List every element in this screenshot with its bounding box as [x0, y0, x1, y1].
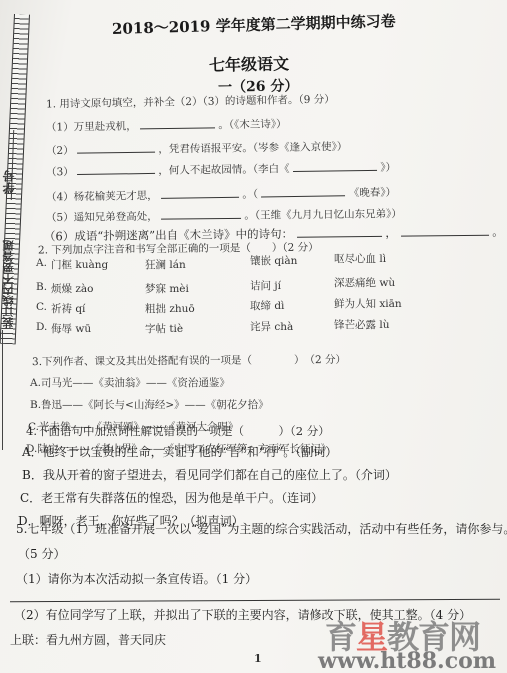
- q3-option-a[interactable]: A.司马光——《卖油翁》——《资治通鉴》: [30, 375, 230, 390]
- q1-item-5-source: 。（王维《九月九日忆山东兄弟》）: [244, 208, 402, 222]
- q4-stem-text: 4.下面语句中加点词性解说错误的一项是（ ）（2 分）: [26, 423, 330, 439]
- q2-c-cell-1: 祈祷 qí: [51, 301, 85, 316]
- q1-item-6-comma: ，: [385, 226, 397, 240]
- q2-option-c-label: C.: [36, 301, 47, 313]
- page-divider: [10, 599, 500, 603]
- exam-title: 2018～2019 学年度第二学期期中练习卷: [112, 10, 396, 39]
- q2-b-cell-3: 诘问 jí: [250, 278, 281, 293]
- q1-item-4-close: 《晚春》）: [349, 187, 396, 200]
- q2-c-cell-4: 鲜为人知 xiān: [334, 296, 402, 311]
- q1-item-6-blank-2[interactable]: [400, 225, 488, 237]
- q1-item-2-source: ，凭君传语报平安。（岑参《逢入京使》）: [158, 141, 347, 156]
- q1-item-2-text: （2）: [46, 145, 74, 157]
- q1-item-4-blank[interactable]: [161, 187, 239, 199]
- q2-d-cell-1: 侮辱 wū: [51, 321, 91, 336]
- exam-subject: 七年级语文: [209, 51, 289, 76]
- q4-option-b[interactable]: B．我从开着的窗子望进去，看见同学们都在自己的座位上了。（介词）: [22, 466, 397, 483]
- q1-item-6-blank-1[interactable]: [297, 226, 382, 238]
- q1-item-3-close: 》）: [380, 162, 396, 174]
- q3-option-b[interactable]: B.鲁迅——《阿长与<山海经>》——《朝花夕拾》: [30, 397, 269, 412]
- q5-couplet-upper: 上联：看九州方圆，普天同庆: [10, 631, 166, 648]
- page-number: 1: [254, 652, 262, 665]
- q3-stem: 3.下列作者、课文及其出处搭配有误的一项是（ ） （2 分）: [32, 352, 346, 369]
- q2-a-cell-3: 镶嵌 qiàn: [250, 253, 297, 268]
- q2-a-cell-4: 呕尽心血 lì: [334, 251, 386, 266]
- q1-stem: 1. 用诗文原句填空，并补全（2）（3）的诗题和作者。（9 分）: [46, 91, 335, 111]
- margin-line-lower: [2, 330, 3, 450]
- q2-b-cell-4: 深恶痛绝 wù: [334, 275, 395, 290]
- q2-option-b-label: B.: [36, 281, 47, 293]
- no-answer-zone-label: 装订线内不要答题: [1, 240, 17, 328]
- q2-c-cell-2: 粗拙 zhuō: [145, 301, 195, 316]
- q2-d-cell-2: 字帖 tiè: [145, 321, 183, 336]
- q4-option-a[interactable]: A．他终于以宝贵的生命，实证了他的“言”和“行”。（副词）: [22, 443, 337, 460]
- q1-item-4: （4）杨花榆荚无才思， 。（ 《晚春》）: [46, 185, 396, 205]
- q2-a-cell-1: 门框 kuàng: [51, 257, 108, 272]
- watermark-url: www.ht88.com: [318, 648, 496, 673]
- q5-sub-1: （1）请你为本次活动拟一条宣传语。（1 分）: [16, 570, 257, 587]
- q1-item-4-source: 。（: [242, 188, 258, 200]
- q4-option-c[interactable]: C．老王常有失群落伍的惶恐，因为他是单干户。（连词）: [20, 489, 323, 506]
- exam-page: 学号 装订线内不要答题 2018～2019 学年度第二学期期中练习卷 七年级语文…: [0, 0, 507, 673]
- q1-item-3-text: （3）: [46, 166, 74, 178]
- q1-item-3: （3） ，何人不起故园情。（李白《 》）: [46, 160, 396, 180]
- q1-item-3-source: ，何人不起故园情。（李白《: [158, 163, 289, 177]
- q2-b-cell-1: 烦燥 zào: [51, 281, 93, 296]
- q2-option-a-label: A.: [36, 257, 47, 269]
- q2-option-d-label: D.: [36, 321, 47, 333]
- q1-item-1-blank[interactable]: [140, 117, 215, 129]
- q2-d-cell-4: 锋芒必露 lù: [334, 317, 389, 332]
- q1-item-3-blank[interactable]: [77, 163, 155, 175]
- q2-c-cell-3: 取缔 dì: [250, 298, 284, 313]
- q1-item-5: （5）遥知兄弟登高处， 。（王维《九月九日忆山东兄弟》）: [46, 206, 402, 225]
- q1-item-1-source: 。（《木兰诗》）: [218, 118, 286, 131]
- q2-a-cell-2: 狂澜 lán: [145, 257, 186, 272]
- q1-item-1: （1）万里赴戎机， 。（《木兰诗》）: [46, 116, 287, 134]
- q1-item-5-text: （5）遥知兄弟登高处，: [46, 211, 158, 224]
- q1-item-2-blank[interactable]: [77, 142, 155, 154]
- q1-item-5-blank[interactable]: [161, 208, 241, 220]
- q2-b-cell-2: 梦寐 mèi: [145, 281, 189, 296]
- q5-stem-line-2: （5 分）: [18, 545, 65, 562]
- q2-d-cell-3: 诧异 chà: [250, 319, 293, 334]
- q1-item-4-author-blank[interactable]: [261, 185, 345, 197]
- q5-stem-line-1: 5.七年级（1）班准备开展一次以“爱国”为主题的综合实践活动，活动中有些任务，请…: [16, 520, 507, 537]
- student-id-label: 学号: [0, 170, 17, 194]
- q1-item-6-period: 。: [492, 225, 504, 239]
- q1-item-4-text: （4）杨花榆荚无才思，: [46, 190, 158, 204]
- q1-item-1-text: （1）万里赴戎机，: [46, 120, 137, 133]
- q1-item-3-title-blank[interactable]: [293, 160, 377, 172]
- q1-item-2: （2） ，凭君传语报平安。（岑参《逢入京使》）: [46, 139, 348, 158]
